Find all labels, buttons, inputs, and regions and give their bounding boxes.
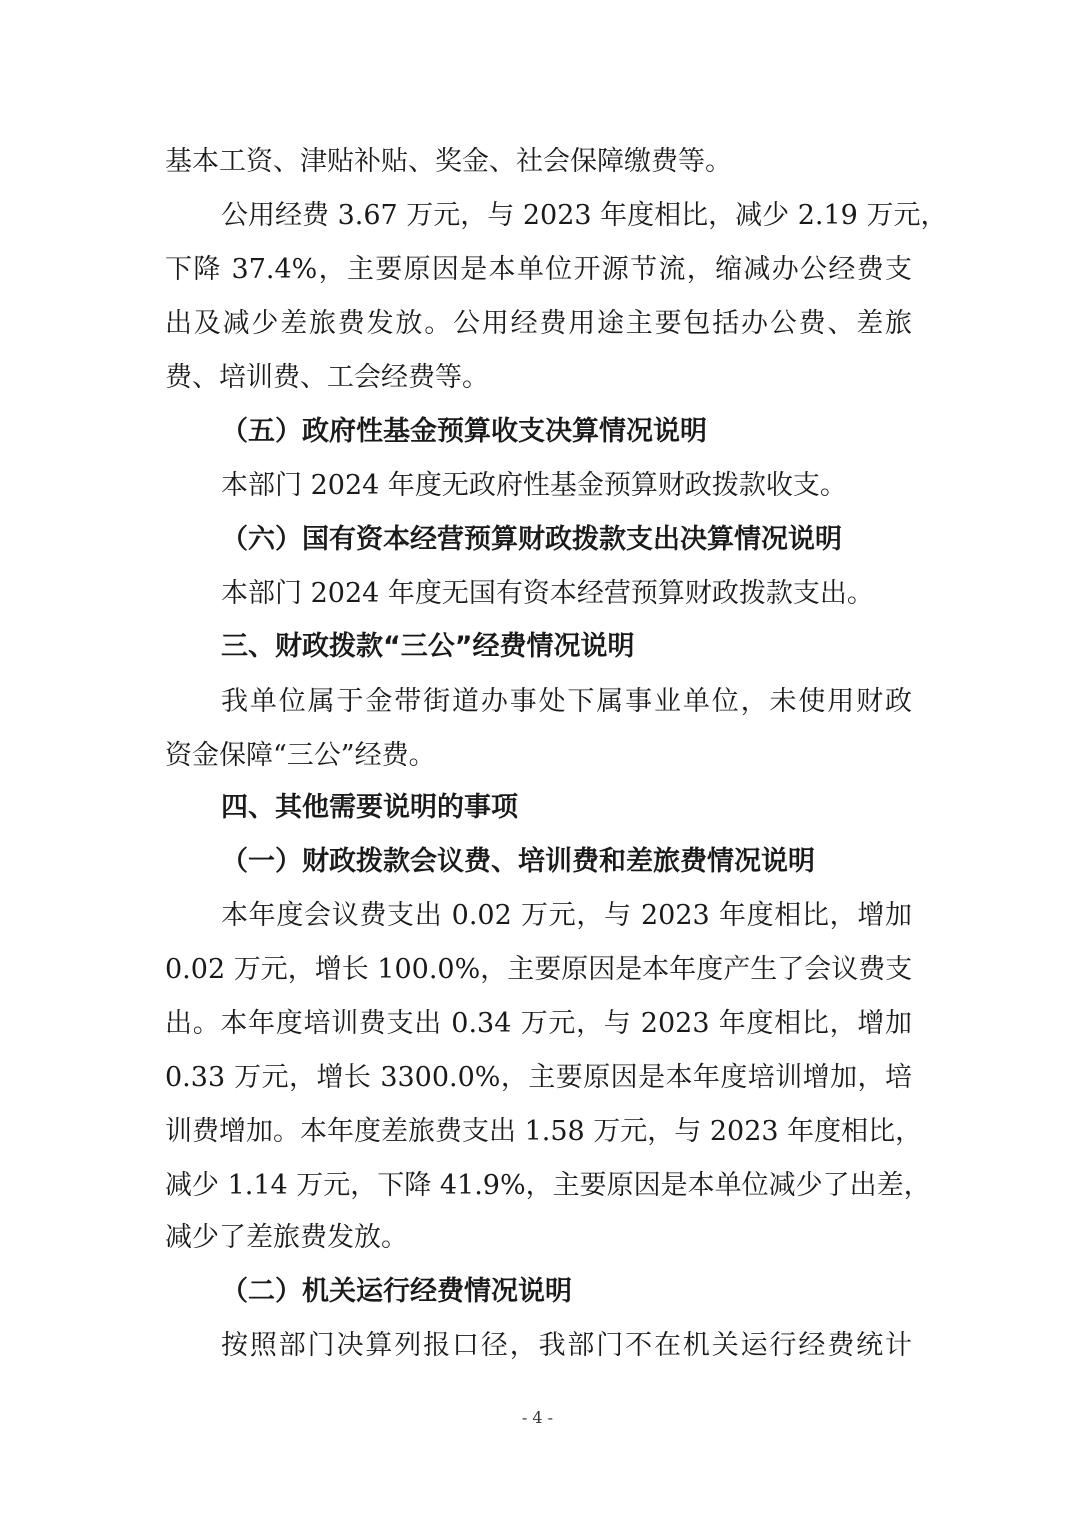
document-page: 基本工资、津贴补贴、奖金、社会保障缴费等。 公用经费 3.67 万元，与 202…	[0, 0, 1075, 1520]
chapter-heading-4: 四、其他需要说明的事项	[221, 781, 912, 835]
section-heading-2: （二）机关运行经费情况说明	[221, 1265, 912, 1319]
paragraph-line: 本部门 2024 年度无政府性基金预算财政拨款收支。	[221, 459, 912, 513]
paragraph-line: 减少 1.14 万元，下降 41.9%，主要原因是本单位减少了出差，	[165, 1159, 912, 1213]
paragraph-line: 训费增加。本年度差旅费支出 1.58 万元，与 2023 年度相比，	[165, 1105, 912, 1159]
paragraph-line: 出。本年度培训费支出 0.34 万元，与 2023 年度相比，增加	[165, 997, 912, 1051]
page-number: - 4 -	[0, 1408, 1075, 1427]
paragraph-line: 0.02 万元，增长 100.0%，主要原因是本年度产生了会议费支	[165, 943, 912, 997]
paragraph-line: 0.33 万元，增长 3300.0%，主要原因是本年度培训增加，培	[165, 1051, 912, 1105]
paragraph-line: 出及减少差旅费发放。公用经费用途主要包括办公费、差旅	[165, 297, 912, 351]
paragraph-line: 基本工资、津贴补贴、奖金、社会保障缴费等。	[165, 135, 912, 189]
section-heading-5: （五）政府性基金预算收支决算情况说明	[221, 405, 912, 459]
paragraph-line: 费、培训费、工会经费等。	[165, 351, 912, 405]
paragraph-line: 本部门 2024 年度无国有资本经营预算财政拨款支出。	[221, 567, 912, 621]
paragraph-line: 公用经费 3.67 万元，与 2023 年度相比，减少 2.19 万元，	[221, 189, 912, 243]
paragraph-line: 本年度会议费支出 0.02 万元，与 2023 年度相比，增加	[221, 889, 912, 943]
chapter-heading-3: 三、财政拨款“三公”经费情况说明	[221, 620, 912, 674]
paragraph-line: 减少了差旅费发放。	[165, 1211, 912, 1265]
paragraph-line: 资金保障“三公”经费。	[165, 729, 912, 783]
paragraph-line: 我单位属于金带街道办事处下属事业单位，未使用财政	[221, 675, 912, 729]
section-heading-1: （一）财政拨款会议费、培训费和差旅费情况说明	[221, 835, 912, 889]
section-heading-6: （六）国有资本经营预算财政拨款支出决算情况说明	[221, 513, 912, 567]
paragraph-line: 下降 37.4%，主要原因是本单位开源节流，缩减办公经费支	[165, 243, 912, 297]
paragraph-line: 按照部门决算列报口径，我部门不在机关运行经费统计	[221, 1319, 912, 1373]
